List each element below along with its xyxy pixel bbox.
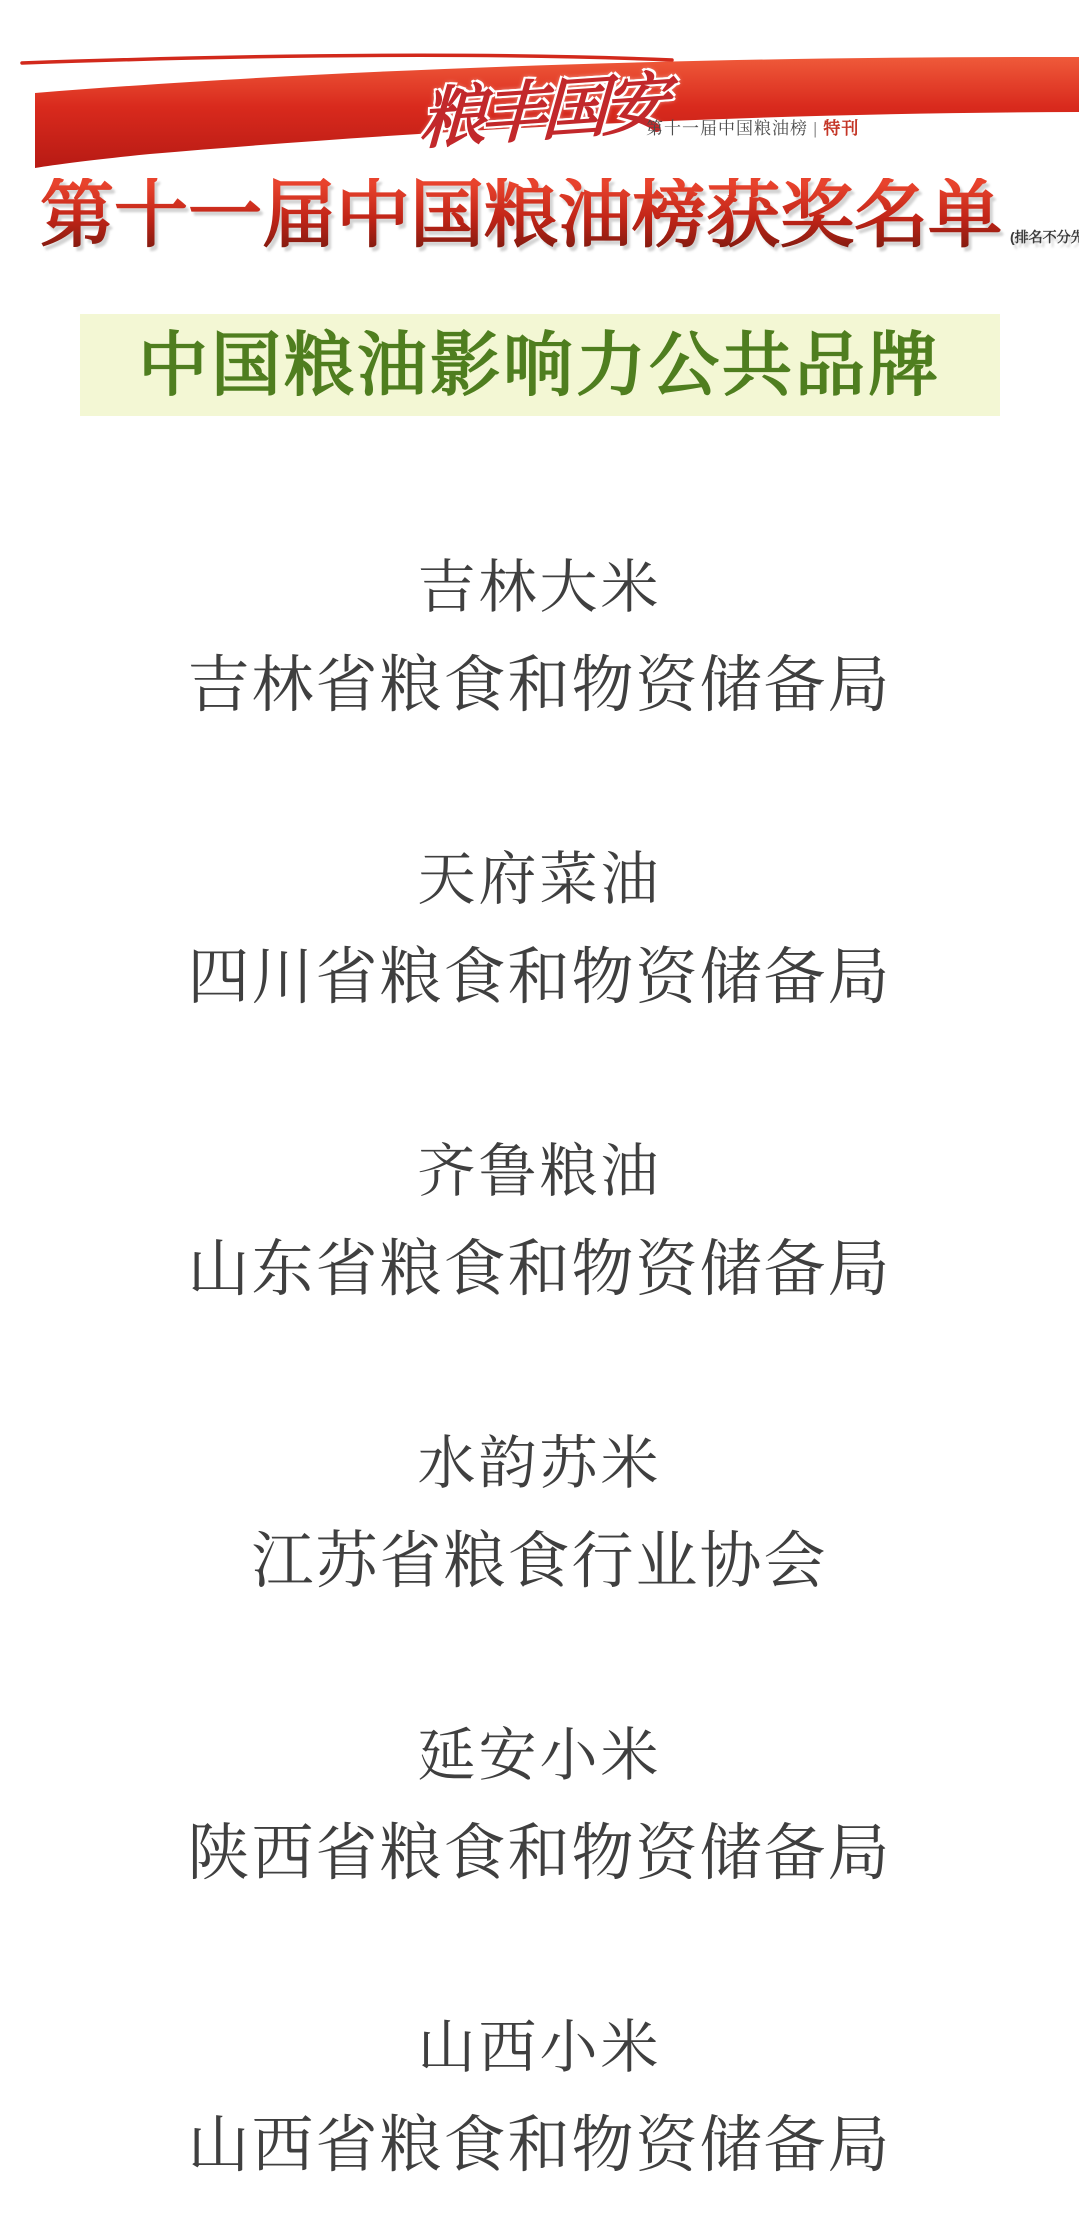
masthead-calligraphy: 粮丰国安 [419,49,666,161]
winner-organization: 四川省粮食和物资储备局 [0,945,1079,1010]
winner-organization: 江苏省粮食行业协会 [0,1529,1079,1594]
edition-label: 第十一届中国粮油榜 [646,119,808,138]
winner-brand: 水韵苏米 [0,1434,1079,1495]
winners-list: 吉林大米 吉林省粮食和物资储备局 天府菜油 四川省粮食和物资储备局 齐鲁粮油 山… [0,416,1079,2178]
winner-brand: 山西小米 [0,2018,1079,2079]
section-heading: 中国粮油影响力公共品牌 [80,330,1000,400]
winner-entry: 水韵苏米 江苏省粮食行业协会 [0,1434,1079,1594]
winner-entry: 天府菜油 四川省粮食和物资储备局 [0,850,1079,1010]
winner-organization: 吉林省粮食和物资储备局 [0,653,1079,718]
title-row: 第十一届中国粮油榜获奖名单 (排名不分先后) [0,178,1079,252]
winner-brand: 天府菜油 [0,850,1079,911]
winner-organization: 陕西省粮食和物资储备局 [0,1821,1079,1886]
masthead-banner: 粮丰国安 第十一届中国粮油榜|特刊 [0,0,1079,170]
edition-info: 第十一届中国粮油榜|特刊 [646,114,859,139]
winner-entry: 齐鲁粮油 山东省粮食和物资储备局 [0,1142,1079,1302]
winner-organization: 山西省粮食和物资储备局 [0,2113,1079,2178]
section-heading-highlight: 中国粮油影响力公共品牌 [80,314,1000,416]
page-title: 第十一届中国粮油榜获奖名单 [40,178,1002,252]
winner-organization: 山东省粮食和物资储备局 [0,1237,1079,1302]
winner-entry: 延安小米 陕西省粮食和物资储备局 [0,1726,1079,1886]
winner-brand: 齐鲁粮油 [0,1142,1079,1203]
winner-brand: 吉林大米 [0,558,1079,619]
winner-entry: 吉林大米 吉林省粮食和物资储备局 [0,558,1079,718]
winner-brand: 延安小米 [0,1726,1079,1787]
winner-entry: 山西小米 山西省粮食和物资储备局 [0,2018,1079,2178]
edition-divider: | [813,119,818,138]
title-note: (排名不分先后) [1010,227,1079,247]
edition-tag: 特刊 [823,119,859,138]
award-list-page: 粮丰国安 第十一届中国粮油榜|特刊 第十一届中国粮油榜获奖名单 (排名不分先后)… [0,0,1079,2237]
